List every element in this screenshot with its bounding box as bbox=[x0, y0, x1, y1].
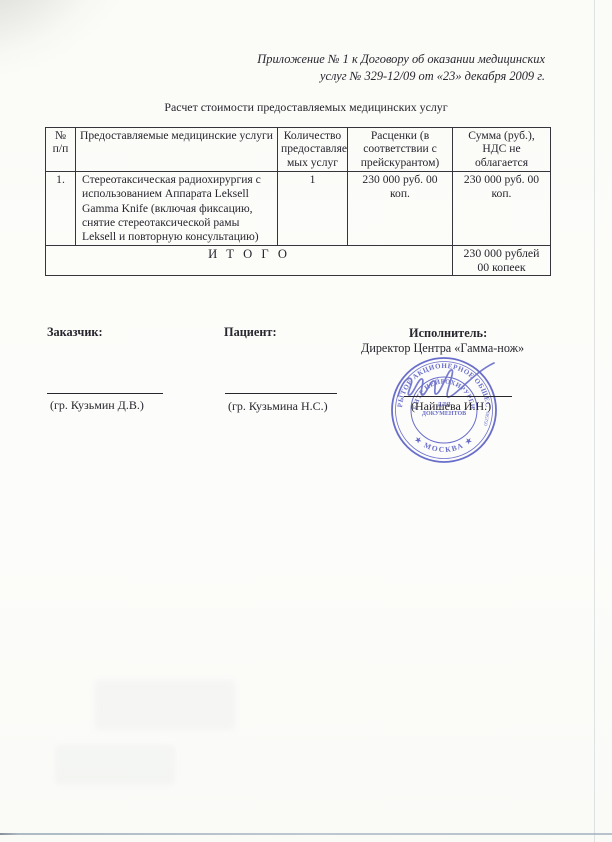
stamp-ring-bottom-text: ★ МОСКВА ★ bbox=[413, 434, 475, 454]
patient-label: Пациент: bbox=[224, 325, 277, 340]
cell-row-number: 1. bbox=[46, 172, 76, 246]
cell-sum: 230 000 руб. 00 коп. bbox=[453, 172, 551, 246]
appendix-reference-line2: услуг № 329-12/09 от «23» декабря 2009 г… bbox=[215, 68, 545, 85]
total-value: 230 000 рублей 00 копеек bbox=[453, 246, 551, 276]
patient-signature-line bbox=[225, 393, 337, 394]
executor-label: Исполнитель: bbox=[409, 326, 487, 341]
table-header-row: № п/п Предоставляемые медицинские услуги… bbox=[46, 128, 551, 172]
appendix-reference-line1: Приложение № 1 к Договору об оказании ме… bbox=[215, 51, 545, 68]
customer-label: Заказчик: bbox=[47, 325, 103, 340]
bleed-through-artifact bbox=[55, 745, 175, 785]
col-header-services: Предоставляемые медицинские услуги bbox=[76, 128, 278, 172]
scanned-document-page: Приложение № 1 к Договору об оказании ме… bbox=[0, 0, 612, 842]
col-header-rates: Расценки (в соответствии с прейскурантом… bbox=[348, 128, 453, 172]
col-header-number: № п/п bbox=[46, 128, 76, 172]
patient-name: (гр. Кузьмина Н.С.) bbox=[228, 399, 328, 414]
col-header-quantity: Количество предоставляе мых услуг bbox=[278, 128, 348, 172]
scan-edge-line bbox=[594, 0, 595, 842]
document-title: Расчет стоимости предоставляемых медицин… bbox=[0, 100, 612, 115]
cell-quantity: 1 bbox=[278, 172, 348, 246]
customer-signature-line bbox=[47, 393, 163, 394]
table-total-row: И Т О Г О 230 000 рублей 00 копеек bbox=[46, 246, 551, 276]
customer-name: (гр. Кузьмин Д.В.) bbox=[50, 398, 144, 413]
executor-signature-line bbox=[404, 396, 512, 397]
table-row: 1. Стереотаксическая радиохирургия с исп… bbox=[46, 172, 551, 246]
bleed-through-artifact bbox=[95, 680, 235, 730]
col-header-sum: Сумма (руб.), НДС не облагается bbox=[453, 128, 551, 172]
scan-bottom-edge bbox=[0, 833, 612, 835]
svg-text:★ МОСКВА ★: ★ МОСКВА ★ bbox=[413, 434, 475, 454]
total-label: И Т О Г О bbox=[46, 246, 453, 276]
cell-rate: 230 000 руб. 00 коп. bbox=[348, 172, 453, 246]
executor-name: (Найшева И.Н.) bbox=[411, 399, 491, 414]
cost-table: № п/п Предоставляемые медицинские услуги… bbox=[45, 127, 551, 276]
appendix-reference: Приложение № 1 к Договору об оказании ме… bbox=[215, 51, 545, 84]
cell-service-description: Стереотаксическая радиохирургия с исполь… bbox=[76, 172, 278, 246]
